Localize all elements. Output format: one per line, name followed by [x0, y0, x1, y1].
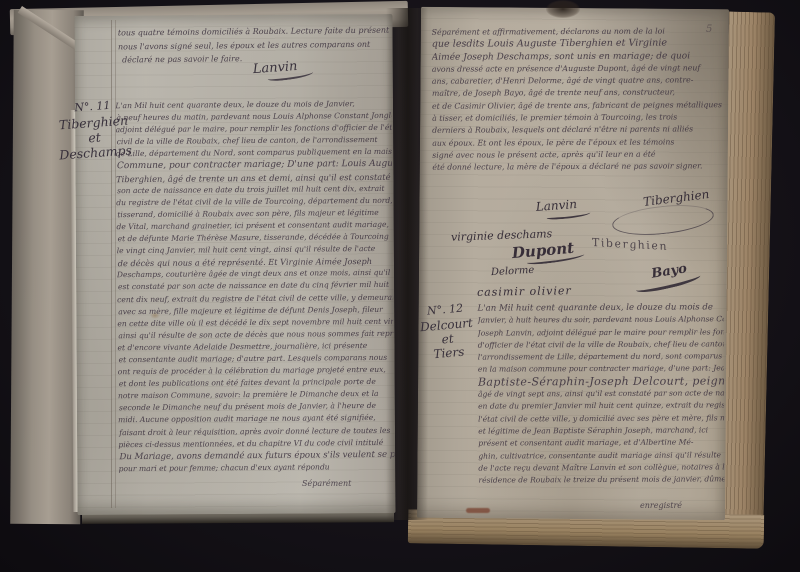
handwritten-line: Janvier, à huit heures du soir, pardevan…: [478, 314, 724, 328]
ink-stain: [546, 0, 580, 18]
officer-signature: Lanvin: [252, 58, 313, 82]
handwritten-line: ans, cabaretier, d'Henri Delorme, âgé de…: [432, 74, 722, 88]
act-11-conclusion-text: Séparément et affirmativement, déclarons…: [432, 25, 723, 177]
handwritten-line: derniers à Roubaix, lesquels ont déclaré…: [432, 124, 722, 138]
red-stain-mark: [466, 508, 490, 513]
handwritten-line: résidence de Roubaix le treize du présen…: [478, 474, 724, 488]
handwritten-line: présent et consentant audit mariage, et …: [478, 437, 724, 451]
act-party-names: DelcourtetTiers: [413, 315, 482, 363]
register-book-photo: tous quatre témoins domiciliés à Roubaix…: [0, 0, 800, 572]
act-12-body-text: L'an Mil huit cent quarante deux, le dou…: [478, 301, 725, 490]
margin-note-act-12: N°. 12 DelcourtetTiers: [412, 300, 483, 363]
handwritten-line: Joseph Lanvin, adjoint délégué par le ma…: [478, 326, 724, 340]
handwritten-line: nous l'avons signé seul, les époux et le…: [118, 37, 390, 53]
handwritten-line: ghin, cultivatrice, consentante audit ma…: [478, 449, 724, 463]
handwritten-line: et de Casimir Olivier, âgé de trente ans…: [432, 99, 722, 113]
act-11-body-text: L'an Mil huit cent quarante deux, le dou…: [115, 98, 394, 478]
handwritten-line: Du Mariage, avons demandé aux futurs épo…: [119, 449, 394, 463]
handwritten-line: été donné lecture, la mère de l'époux a …: [432, 161, 722, 175]
handwritten-line: pour mari et pour femme; chacun d'eux ay…: [119, 461, 395, 476]
catchword-left: Séparément: [302, 479, 351, 488]
left-page-margin-rule: [111, 20, 116, 508]
handwritten-line: en date du premier Janvier mil huit cent…: [478, 400, 724, 414]
catchword-right: enregistré: [640, 501, 682, 510]
